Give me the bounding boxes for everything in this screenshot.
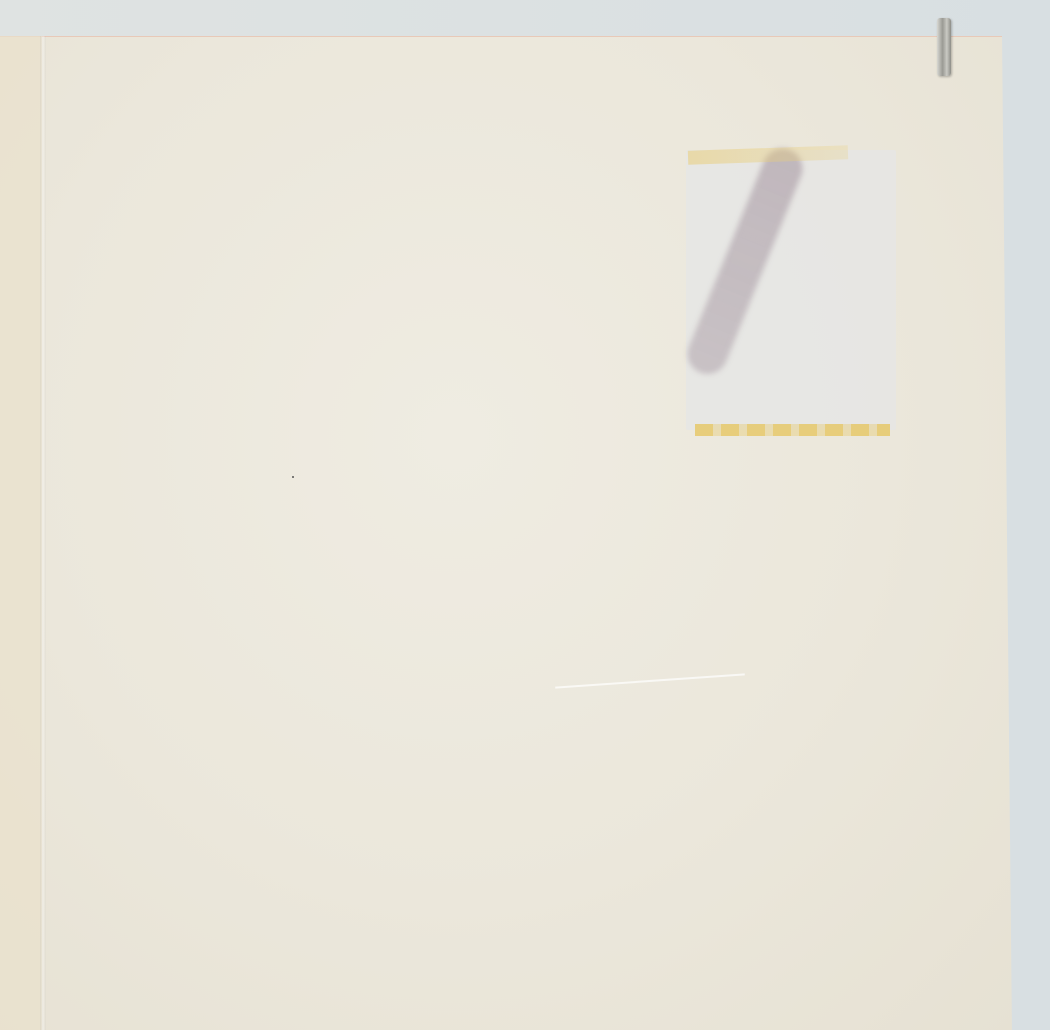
tape-strip-bottom [695, 424, 890, 436]
paper-fold [40, 36, 46, 1030]
paper-left-margin [0, 36, 42, 1030]
speck [292, 476, 294, 478]
metal-clip [937, 18, 951, 76]
